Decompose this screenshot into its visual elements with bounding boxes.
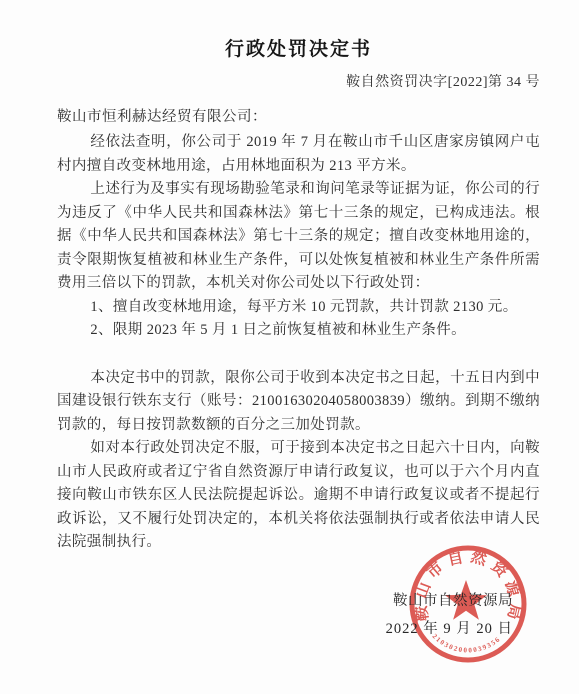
issuing-authority-name: 鞍山市自然资源局: [386, 589, 513, 610]
scanned-penalty-document: { "doc": { "title": "行政处罚决定书", "doc_numb…: [0, 0, 579, 694]
document-number: 鞍自然资罚决字[2022]第 34 号: [57, 71, 540, 91]
paragraph-legal-basis: 上述行为及事实有现场勘验笔录和询问笔录等证据为证，你公司的行为违反了《中华人民共…: [57, 178, 540, 296]
document-body: 经依法查明，你公司于 2019 年 7 月在鞍山市千山区唐家房镇网户屯村内擅自改…: [57, 131, 540, 555]
penalty-decision-page: 行政处罚决定书 鞍自然资罚决字[2022]第 34 号 鞍山市恒利赫达经贸有限公…: [0, 0, 579, 694]
document-title: 行政处罚决定书: [57, 34, 540, 61]
paragraph-facts: 经依法查明，你公司于 2019 年 7 月在鞍山市千山区唐家房镇网户屯村内擅自改…: [57, 131, 540, 178]
signature-block: 鞍山市自然资源局 2022 年 9 月 20 日: [386, 589, 513, 638]
penalty-item-2: 2、限期 2023 年 5 月 1 日之前恢复植被和林业生产条件。: [57, 319, 540, 343]
paragraph-payment-instructions: 本决定书中的罚款，限你公司于收到本决定书之日起，十五日内到中国建设银行铁东支行（…: [57, 367, 540, 438]
penalty-item-1: 1、擅自改变林地用途，每平方米 10 元罚款，共计罚款 2130 元。: [57, 296, 540, 320]
recipient-line: 鞍山市恒利赫达经贸有限公司：: [57, 105, 540, 126]
issue-date: 2022 年 9 月 20 日: [386, 617, 513, 638]
paragraph-appeal-rights: 如对本行政处罚决定不服，可于接到本决定书之日起六十日内，向鞍山市人民政府或者辽宁…: [57, 437, 540, 555]
